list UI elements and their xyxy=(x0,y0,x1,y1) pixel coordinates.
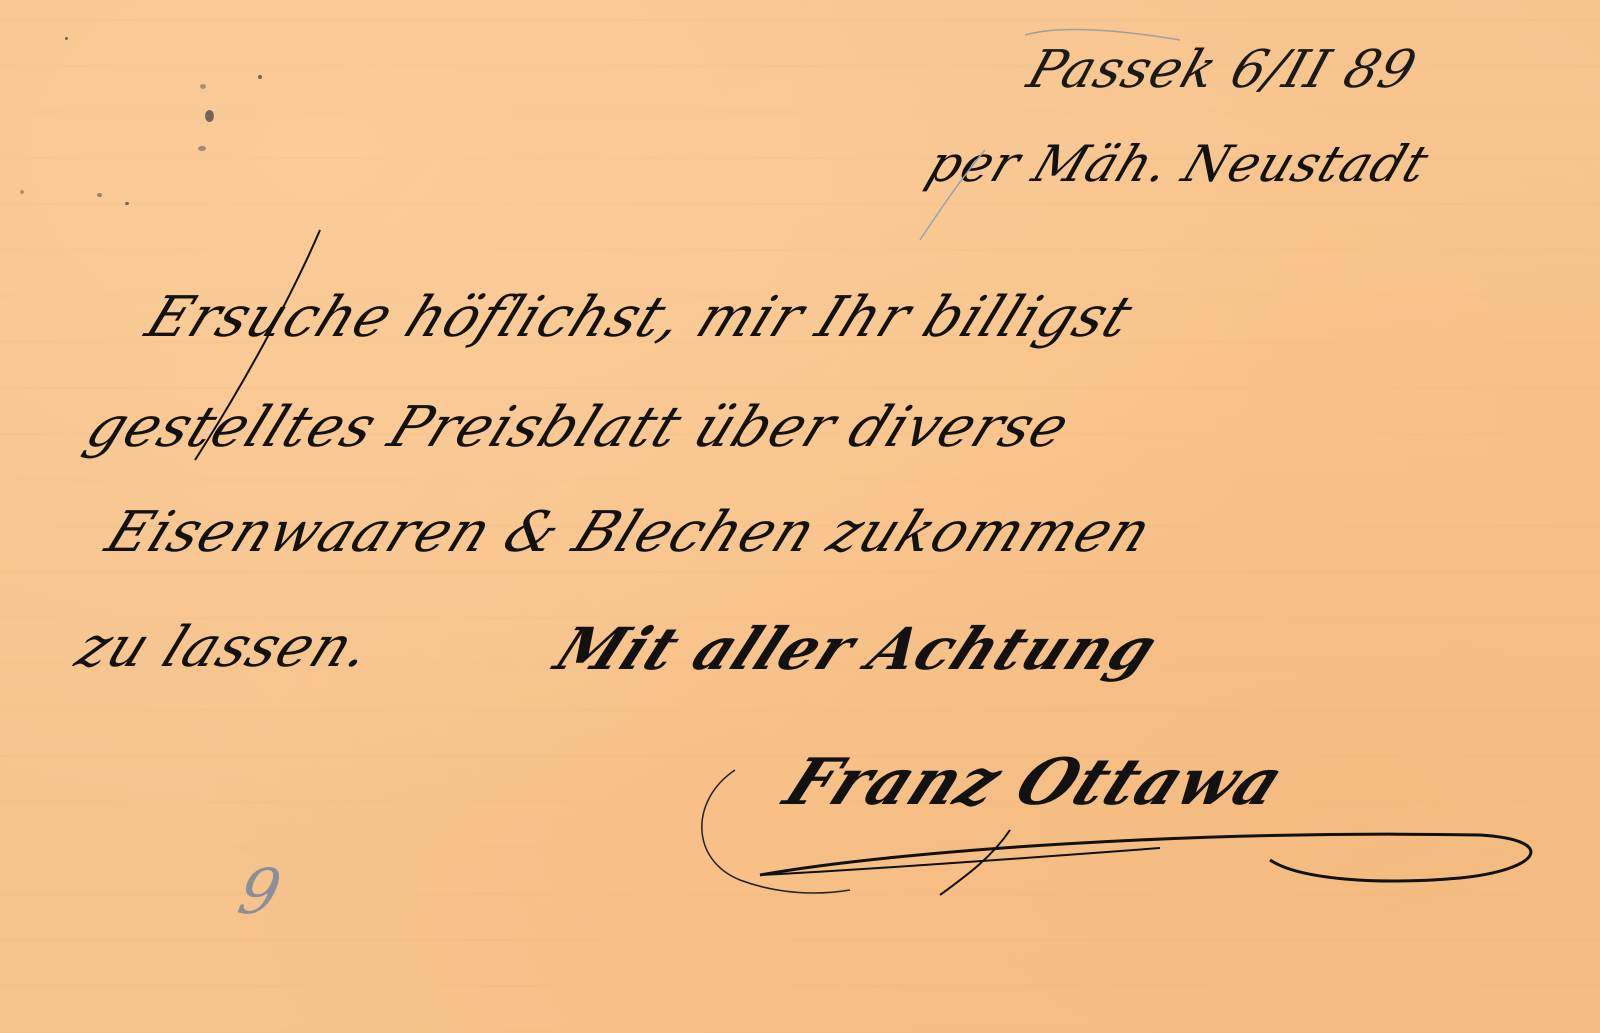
body-line-4: zu lassen. xyxy=(67,615,382,680)
postcard: Passek 6/II 89 per Mäh. Neustadt Ersuche… xyxy=(0,0,1600,1033)
body-line-3: Eisenwaaren & Blechen zukommen xyxy=(97,500,1161,565)
place-date: Passek 6/II 89 xyxy=(1020,40,1424,100)
closing: Mit aller Achtung xyxy=(545,615,1169,683)
body-line-1: Ersuche höflichst, mir Ihr billigst xyxy=(137,285,1143,350)
body-line-2: gestelltes Preisblatt über diverse xyxy=(77,395,1080,460)
signature: Franz Ottawa xyxy=(773,745,1296,820)
destination: per Mäh. Neustadt xyxy=(919,135,1437,193)
